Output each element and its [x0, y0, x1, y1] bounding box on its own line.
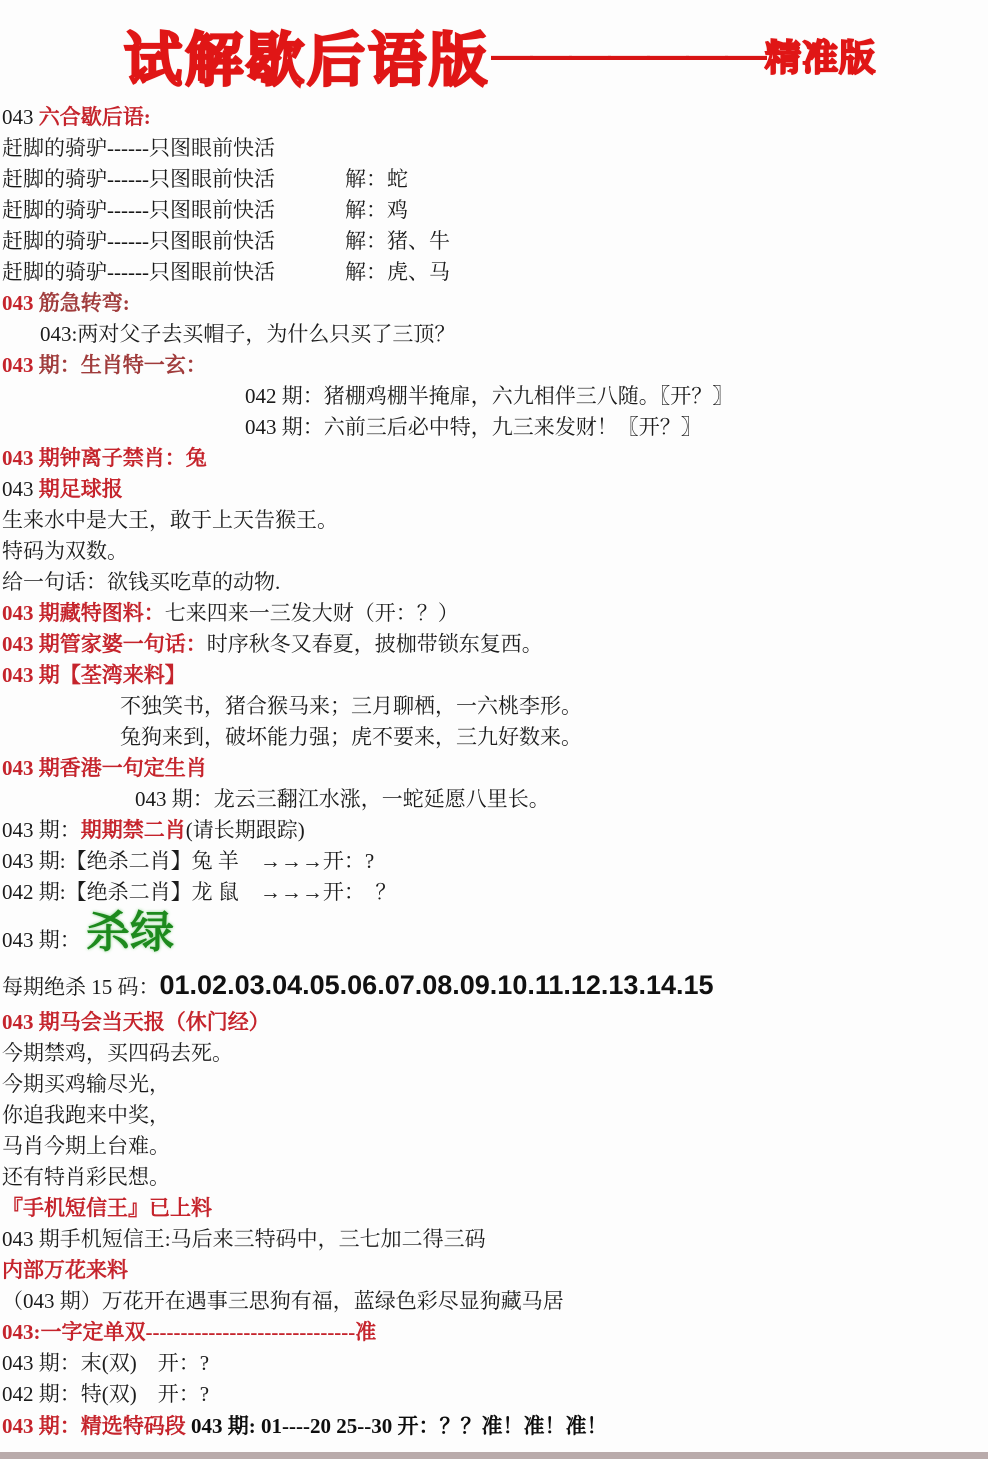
heading-naojin-jizhuanwan-text-1: 筋急转弯:: [39, 291, 130, 315]
xiehouyu-line-4: 赶脚的骑驴------只图眼前快活解：猪、牛: [2, 226, 988, 257]
heading-shengxiao-teyixuan: 043 期：生肖特一玄：: [2, 350, 988, 381]
heading-mahui-dangtianbao: 043 期马会当天报（休门经）: [2, 1007, 988, 1038]
heading-shengxiao-teyixuan-text-0: 043: [2, 353, 39, 377]
naojin-question: 043:两对父子去买帽子，为什么只买了三顶？: [40, 319, 988, 350]
dingdanshuang-042-text-0: 042 期：特(双) 开：?: [2, 1382, 209, 1406]
heading-liuhe-xiehouyu-text-0: 043: [2, 105, 39, 129]
mahui-line-5-text-0: 还有特肖彩民想。: [2, 1165, 170, 1189]
zuqiubao-line-1-text-0: 生来水中是大王，敢于上天告猴王。: [2, 508, 338, 532]
teyixuan-043-text-0: 043 期：六前三后必中特，九三来发财！〖开？〗: [245, 415, 702, 439]
content-lines: 043 六合歇后语:赶脚的骑驴------只图眼前快活赶脚的骑驴------只图…: [0, 102, 988, 1443]
mahui-line-2-text-0: 今期买鸡输尽光，: [2, 1072, 170, 1096]
jingxuan-teduan-043: 043 期：精选特码段 043 期: 01----20 25--30 开：？？准…: [2, 1410, 988, 1443]
mahui-line-4: 马肖今期上台难。: [2, 1131, 988, 1162]
mahui-line-3: 你追我跑来中奖，: [2, 1100, 988, 1131]
juesha-erxiao-043-text-0: 043 期:【绝杀二肖】兔 羊 →→→开：?: [2, 849, 374, 873]
mahui-line-4-text-0: 马肖今期上台难。: [2, 1134, 170, 1158]
xiehouyu-line-3: 赶脚的骑驴------只图眼前快活解：鸡: [2, 195, 988, 226]
zuqiubao-line-3: 给一句话：欲钱买吃草的动物.: [2, 567, 988, 598]
sha-lv-line: 043 期： 杀绿: [2, 908, 988, 965]
heading-quanwan-lailiao-text-0: 043 期【荃湾来料】: [2, 663, 186, 687]
heading-neibu-wanhua: 内部万花来料: [2, 1255, 988, 1286]
xiehouyu-line-4-text-1: 解：猪、牛: [345, 229, 450, 253]
heading-zhonglizi-jinxiao-text-0: 043 期钟离子禁肖：兔: [2, 446, 207, 470]
juesha-15ma-line-text-1: 01.02.03.04.05.06.07.08.09.10.11.12.13.1…: [160, 970, 714, 1000]
juesha-erxiao-042-text-0: 042 期:【绝杀二肖】龙 鼠 →→→开： ？: [2, 880, 396, 904]
xiehouyu-line-1: 赶脚的骑驴------只图眼前快活: [2, 133, 988, 164]
zuqiubao-line-2: 特码为双数。: [2, 536, 988, 567]
wanhua-043: （043 期）万花开在遇事三思狗有福，蓝绿色彩尽显狗藏马居: [2, 1286, 988, 1317]
heading-zhonglizi-jinxiao: 043 期钟离子禁肖：兔: [2, 443, 988, 474]
zuqiubao-line-2-text-0: 特码为双数。: [2, 539, 128, 563]
mahui-line-3-text-0: 你追我跑来中奖，: [2, 1103, 170, 1127]
duanxinwang-043-text-0: 043 期手机短信王:马后来三特码中，三七加二得三码: [2, 1227, 486, 1251]
sha-lv-line-text-0: 043 期：: [2, 928, 86, 952]
hk-yiju-043-text-0: 043 期：龙云三翻江水涨，一蛇延愿八里长。: [135, 787, 550, 811]
cangte-tuliao-text-0: 043 期藏特图料：: [2, 601, 165, 625]
dingdanshuang-043-text-0: 043 期：末(双) 开：?: [2, 1351, 209, 1375]
xiehouyu-line-3-text-1: 解：鸡: [345, 198, 408, 222]
heading-yizi-dingdanshuang-text-0: 043:一字定单双------------------------------准: [2, 1320, 376, 1344]
xiehouyu-line-2: 赶脚的骑驴------只图眼前快活解：蛇: [2, 164, 988, 195]
quanwan-line-1: 不独笑书，猪合猴马来；三月聊栖，一六桃李形。: [120, 691, 988, 722]
lottery-tips-sheet: 试解歇后语版 ——————— 精准版 043 六合歇后语:赶脚的骑驴------…: [0, 0, 988, 1459]
heading-zuqiubao: 043 期足球报: [2, 474, 988, 505]
xiehouyu-line-5-text-1: 解：虎、马: [345, 260, 450, 284]
mahui-line-1-text-0: 今期禁鸡，买四码去死。: [2, 1041, 233, 1065]
heading-shouji-duanxinwang-text-0: 『手机短信王』已上料: [2, 1196, 212, 1220]
heading-zuqiubao-text-1: 期足球报: [39, 477, 123, 501]
xiehouyu-line-4-text-0: 赶脚的骑驴------只图眼前快活: [2, 226, 345, 257]
bottom-edge-bar: [0, 1452, 988, 1459]
qiqi-jin-erxiao: 043 期：期期禁二肖(请长期跟踪): [2, 815, 988, 846]
juesha-erxiao-043: 043 期:【绝杀二肖】兔 羊 →→→开：?: [2, 846, 988, 877]
heading-quanwan-lailiao: 043 期【荃湾来料】: [2, 660, 988, 691]
hk-yiju-043: 043 期：龙云三翻江水涨，一蛇延愿八里长。: [135, 784, 988, 815]
quanwan-line-1-text-0: 不独笑书，猪合猴马来；三月聊栖，一六桃李形。: [120, 694, 582, 718]
guanjiapo-yijuhua: 043 期管家婆一句话：时序秋冬又春夏，披枷带锁东复西。: [2, 629, 988, 660]
heading-naojin-jizhuanwan-text-0: 043: [2, 291, 39, 315]
zuqiubao-line-1: 生来水中是大王，敢于上天告猴王。: [2, 505, 988, 536]
qiqi-jin-erxiao-text-2: (请长期跟踪): [186, 818, 305, 842]
heading-hk-yiju-dingshengxiao-text-0: 043 期香港一句定生肖: [2, 756, 207, 780]
quanwan-line-2-text-0: 兔狗来到，破坏能力强；虎不要来，三九好数来。: [120, 725, 582, 749]
heading-naojin-jizhuanwan: 043 筋急转弯:: [2, 288, 988, 319]
quanwan-line-2: 兔狗来到，破坏能力强；虎不要来，三九好数来。: [120, 722, 988, 753]
qiqi-jin-erxiao-text-0: 043 期：: [2, 818, 81, 842]
juesha-erxiao-042: 042 期:【绝杀二肖】龙 鼠 →→→开： ？: [2, 877, 988, 908]
heading-shouji-duanxinwang: 『手机短信王』已上料: [2, 1193, 988, 1224]
mahui-line-1: 今期禁鸡，买四码去死。: [2, 1038, 988, 1069]
xiehouyu-line-1-text-0: 赶脚的骑驴------只图眼前快活: [2, 136, 275, 160]
heading-liuhe-xiehouyu-text-1: 六合歇后语:: [39, 105, 151, 129]
teyixuan-042-text-0: 042 期：猪棚鸡棚半掩扉，六九相伴三八随。〖开？〗: [245, 384, 733, 408]
heading-zuqiubao-text-0: 043: [2, 477, 39, 501]
qiqi-jin-erxiao-text-1: 期期禁二肖: [81, 818, 186, 842]
mahui-line-2: 今期买鸡输尽光，: [2, 1069, 988, 1100]
page-title: 试解歇后语版 ——————— 精准版: [6, 0, 988, 98]
sha-lv-line-text-1: 杀绿: [86, 908, 174, 957]
heading-mahui-dangtianbao-text-0: 043 期马会当天报（休门经）: [2, 1010, 270, 1034]
cangte-tuliao: 043 期藏特图料：七来四来一三发大财（开：？）: [2, 598, 988, 629]
guanjiapo-yijuhua-text-1: 时序秋冬又春夏，披枷带锁东复西。: [207, 632, 543, 656]
dingdanshuang-043: 043 期：末(双) 开：?: [2, 1348, 988, 1379]
juesha-15ma-line-text-0: 每期绝杀 15 码：: [2, 975, 160, 999]
xiehouyu-line-3-text-0: 赶脚的骑驴------只图眼前快活: [2, 195, 345, 226]
jingxuan-teduan-043-text-0: 043 期：精选特码段: [2, 1414, 191, 1438]
wanhua-043-text-0: （043 期）万花开在遇事三思狗有福，蓝绿色彩尽显狗藏马居: [2, 1289, 564, 1313]
mahui-line-5: 还有特肖彩民想。: [2, 1162, 988, 1193]
jingxuan-teduan-043-text-1: 043 期: 01----20 25--30 开：？？准！准！准！: [191, 1414, 607, 1438]
cangte-tuliao-text-1: 七来四来一三发大财（开：？）: [165, 601, 459, 625]
heading-hk-yiju-dingshengxiao: 043 期香港一句定生肖: [2, 753, 988, 784]
dingdanshuang-042: 042 期：特(双) 开：?: [2, 1379, 988, 1410]
juesha-15ma-line: 每期绝杀 15 码：01.02.03.04.05.06.07.08.09.10.…: [2, 965, 988, 1007]
xiehouyu-line-5: 赶脚的骑驴------只图眼前快活解：虎、马: [2, 257, 988, 288]
guanjiapo-yijuhua-text-0: 043 期管家婆一句话：: [2, 632, 207, 656]
heading-yizi-dingdanshuang: 043:一字定单双------------------------------准: [2, 1317, 988, 1348]
teyixuan-043: 043 期：六前三后必中特，九三来发财！〖开？〗: [245, 412, 988, 443]
xiehouyu-line-5-text-0: 赶脚的骑驴------只图眼前快活: [2, 257, 345, 288]
duanxinwang-043: 043 期手机短信王:马后来三特码中，三七加二得三码: [2, 1224, 988, 1255]
heading-liuhe-xiehouyu: 043 六合歇后语:: [2, 102, 988, 133]
heading-neibu-wanhua-text-0: 内部万花来料: [2, 1258, 128, 1282]
zuqiubao-line-3-text-0: 给一句话：欲钱买吃草的动物.: [2, 570, 280, 594]
teyixuan-042: 042 期：猪棚鸡棚半掩扉，六九相伴三八随。〖开？〗: [245, 381, 988, 412]
xiehouyu-line-2-text-1: 解：蛇: [345, 167, 408, 191]
title-main-text: 试解歇后语版: [124, 13, 490, 97]
naojin-question-text-0: 043:两对父子去买帽子，为什么只买了三顶？: [40, 322, 455, 346]
title-dash-line: ———————: [491, 31, 764, 79]
xiehouyu-line-2-text-0: 赶脚的骑驴------只图眼前快活: [2, 164, 345, 195]
title-sub-text: 精准版: [765, 30, 876, 81]
heading-shengxiao-teyixuan-text-1: 期：生肖特一玄：: [39, 353, 207, 377]
